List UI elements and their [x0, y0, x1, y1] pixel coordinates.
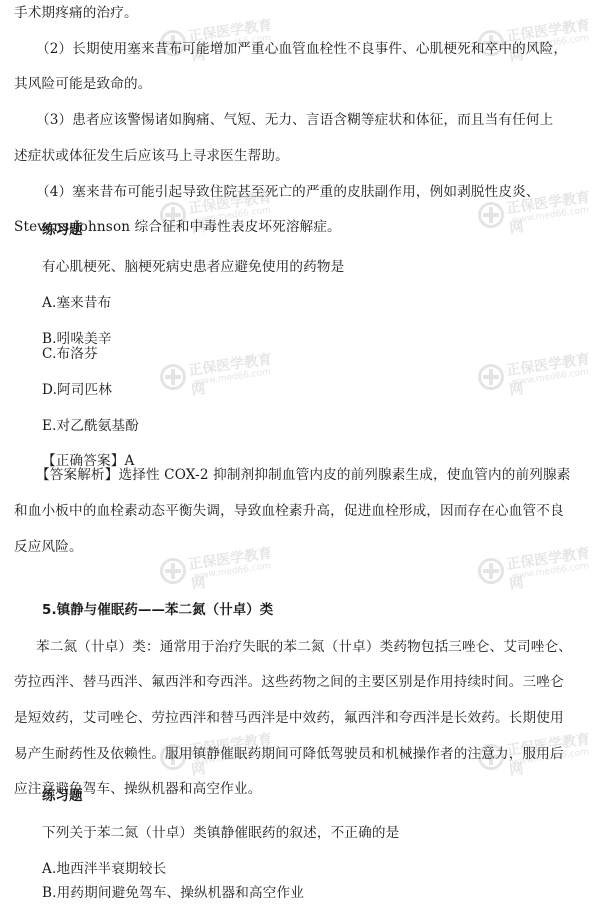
watermark-logo-icon [478, 558, 504, 584]
watermark-logo-icon [160, 558, 186, 584]
watermark-logo-icon [160, 364, 186, 390]
paragraph-line: 易产生耐药性及依赖性。服用镇静催眠药期间可降低驾驶员和机械操作者的注意力，服用后 [14, 745, 564, 763]
paragraph-line: （4）塞来昔布可能引起导致住院甚至死亡的严重的皮肤副作用，例如剥脱性皮炎、 [36, 183, 540, 201]
paragraph-line: 述症状或体征发生后应该马上寻求医生帮助。 [14, 147, 289, 165]
watermark: 正保医学教育网www.med66.com [478, 196, 598, 236]
answer-analysis-line: 和血小板中的血栓素动态平衡失调，导致血栓素升高，促进血栓形成，因而存在心血管不良 [14, 502, 564, 520]
exercise-heading: 练习题 [42, 222, 83, 240]
watermark-logo-icon [478, 364, 504, 390]
option-c: C.布洛芬 [42, 345, 98, 363]
section-heading: 5.镇静与催眠药——苯二氮（卄卓）类 [42, 602, 273, 620]
option-b: B.用药期间避免驾车、操纵机器和高空作业 [42, 884, 304, 902]
question-text: 下列关于苯二氮（卄卓）类镇静催眠药的叙述，不正确的是 [42, 824, 399, 842]
option-e: E.对乙酰氨基酚 [42, 417, 139, 435]
paragraph-line: 是短效药，艾司唑仑、劳拉西泮和替马西泮是中效药，氟西泮和夸西泮是长效药。长期使用 [14, 709, 564, 727]
paragraph-line: （3）患者应该警惕诸如胸痛、气短、无力、言语含糊等症状和体征，而且当有任何上 [36, 111, 553, 129]
option-a: A.地西泮半衰期较长 [42, 860, 166, 878]
question-text: 有心肌梗死、脑梗死病史患者应避免使用的药物是 [42, 258, 344, 276]
paragraph-line: 劳拉西泮、替马西泮、氟西泮和夸西泮。这些药物之间的主要区别是作用持续时间。三唑仑 [14, 673, 564, 691]
paragraph-line: 手术期疼痛的治疗。 [14, 4, 138, 22]
watermark: 正保医学教育网www.med66.com [478, 552, 598, 592]
watermark: 正保医学教育网www.med66.com [160, 552, 280, 592]
answer-analysis-line: 【答案解析】选择性 COX-2 抑制剂抑制血管内皮的前列腺素生成，使血管内的前列… [36, 466, 570, 484]
option-a: A.塞来昔布 [42, 294, 111, 312]
watermark: 正保医学教育网www.med66.com [160, 358, 280, 398]
paragraph-line: （2）长期使用塞来昔布可能增加严重心血管血栓性不良事件、心肌梗死和卒中的风险， [36, 40, 567, 58]
watermark-logo-icon [478, 202, 504, 228]
document-page: 正保医学教育网www.med66.com 正保医学教育网www.med66.co… [0, 0, 602, 904]
paragraph-line: 苯二氮（卄卓）类：通常用于治疗失眠的苯二氮（卄卓）类药物包括三唑仑、艾司唑仑、 [36, 638, 572, 656]
option-d: D.阿司匹林 [42, 381, 112, 399]
answer-analysis-line: 反应风险。 [14, 538, 83, 556]
exercise-heading: 练习题 [42, 788, 83, 806]
paragraph-line: 其风险可能是致命的。 [14, 75, 151, 93]
watermark: 正保医学教育网www.med66.com [478, 358, 598, 398]
